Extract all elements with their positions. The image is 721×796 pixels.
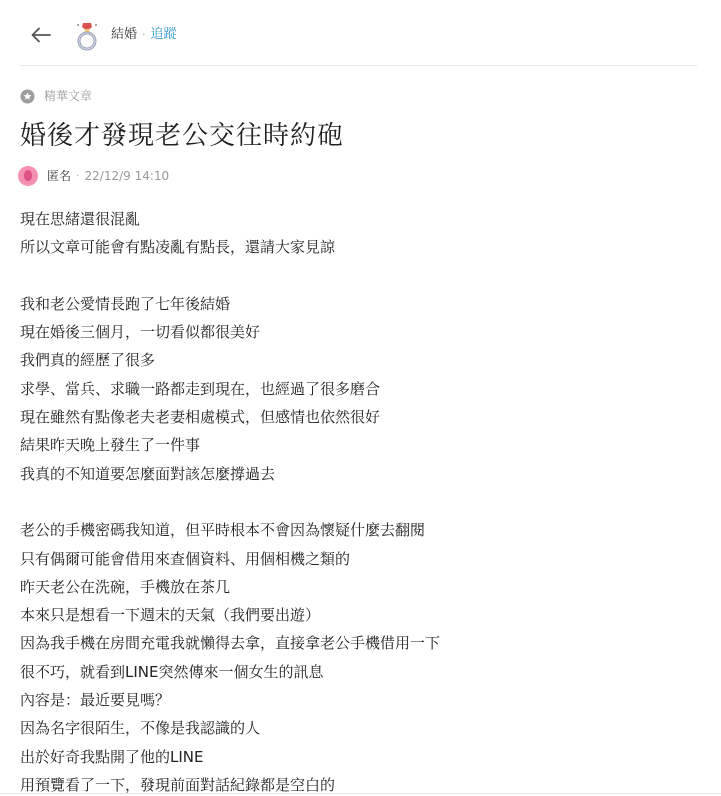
content-line: 老公的手機密碼我知道，但平時根本不會因為懷疑什麼去翻閱 bbox=[20, 516, 700, 544]
content-line: 很不巧，就看到LINE突然傳來一個女生的訊息 bbox=[20, 658, 700, 686]
featured-badge: 精華文章 bbox=[20, 88, 92, 104]
top-bar: 結婚 · 追蹤 bbox=[0, 0, 721, 66]
content-line: 因為名字很陌生，不像是我認識的人 bbox=[20, 714, 700, 742]
separator-dot: · bbox=[142, 26, 146, 44]
post-title: 婚後才發現老公交往時約砲 bbox=[20, 118, 344, 154]
bottom-divider bbox=[0, 793, 721, 794]
content-line: 結果昨天晚上發生了一件事 bbox=[20, 431, 700, 459]
arrow-left-icon bbox=[31, 27, 51, 43]
separator-dot: · bbox=[76, 166, 80, 186]
ring-icon bbox=[74, 21, 100, 51]
content-line: 出於好奇我點開了他的LINE bbox=[20, 743, 700, 771]
content-line: 昨天老公在洗碗，手機放在茶几 bbox=[20, 573, 700, 601]
content-line: 現在思緒還很混亂 bbox=[20, 205, 700, 233]
content-line bbox=[20, 488, 700, 516]
content-line bbox=[20, 262, 700, 290]
back-button[interactable] bbox=[28, 22, 54, 48]
star-circle-icon bbox=[20, 89, 35, 104]
follow-button[interactable]: 追蹤 bbox=[151, 26, 177, 44]
content-line: 本來只是想看一下週末的天氣（我們要出遊） bbox=[20, 601, 700, 629]
content-line: 內容是：最近要見嗎？ bbox=[20, 686, 700, 714]
header-divider bbox=[20, 65, 697, 66]
content-line: 因為我手機在房間充電我就懶得去拿，直接拿老公手機借用一下 bbox=[20, 629, 700, 657]
content-line: 我真的不知道要怎麼面對該怎麼撐過去 bbox=[20, 460, 700, 488]
content-line: 我們真的經歷了很多 bbox=[20, 346, 700, 374]
featured-label: 精華文章 bbox=[44, 88, 92, 104]
forum-info: 結婚 · 追蹤 bbox=[111, 26, 177, 44]
content-line: 所以文章可能會有點凌亂有點長，還請大家見諒 bbox=[20, 233, 700, 261]
post-content: 現在思緒還很混亂 所以文章可能會有點凌亂有點長，還請大家見諒 我和老公愛情長跑了… bbox=[20, 205, 700, 796]
content-line: 只有偶爾可能會借用來查個資料、用個相機之類的 bbox=[20, 545, 700, 573]
avatar bbox=[18, 166, 38, 186]
content-line: 求學、當兵、求職一路都走到現在，也經過了很多磨合 bbox=[20, 375, 700, 403]
post-timestamp: 22/12/9 14:10 bbox=[85, 166, 170, 186]
forum-name[interactable]: 結婚 bbox=[111, 26, 137, 44]
content-line: 現在婚後三個月，一切看似都很美好 bbox=[20, 318, 700, 346]
post-meta: 匿名 · 22/12/9 14:10 bbox=[18, 166, 169, 186]
content-line: 我和老公愛情長跑了七年後結婚 bbox=[20, 290, 700, 318]
author-name: 匿名 bbox=[47, 166, 71, 186]
content-line: 現在雖然有點像老夫老妻相處模式，但感情也依然很好 bbox=[20, 403, 700, 431]
